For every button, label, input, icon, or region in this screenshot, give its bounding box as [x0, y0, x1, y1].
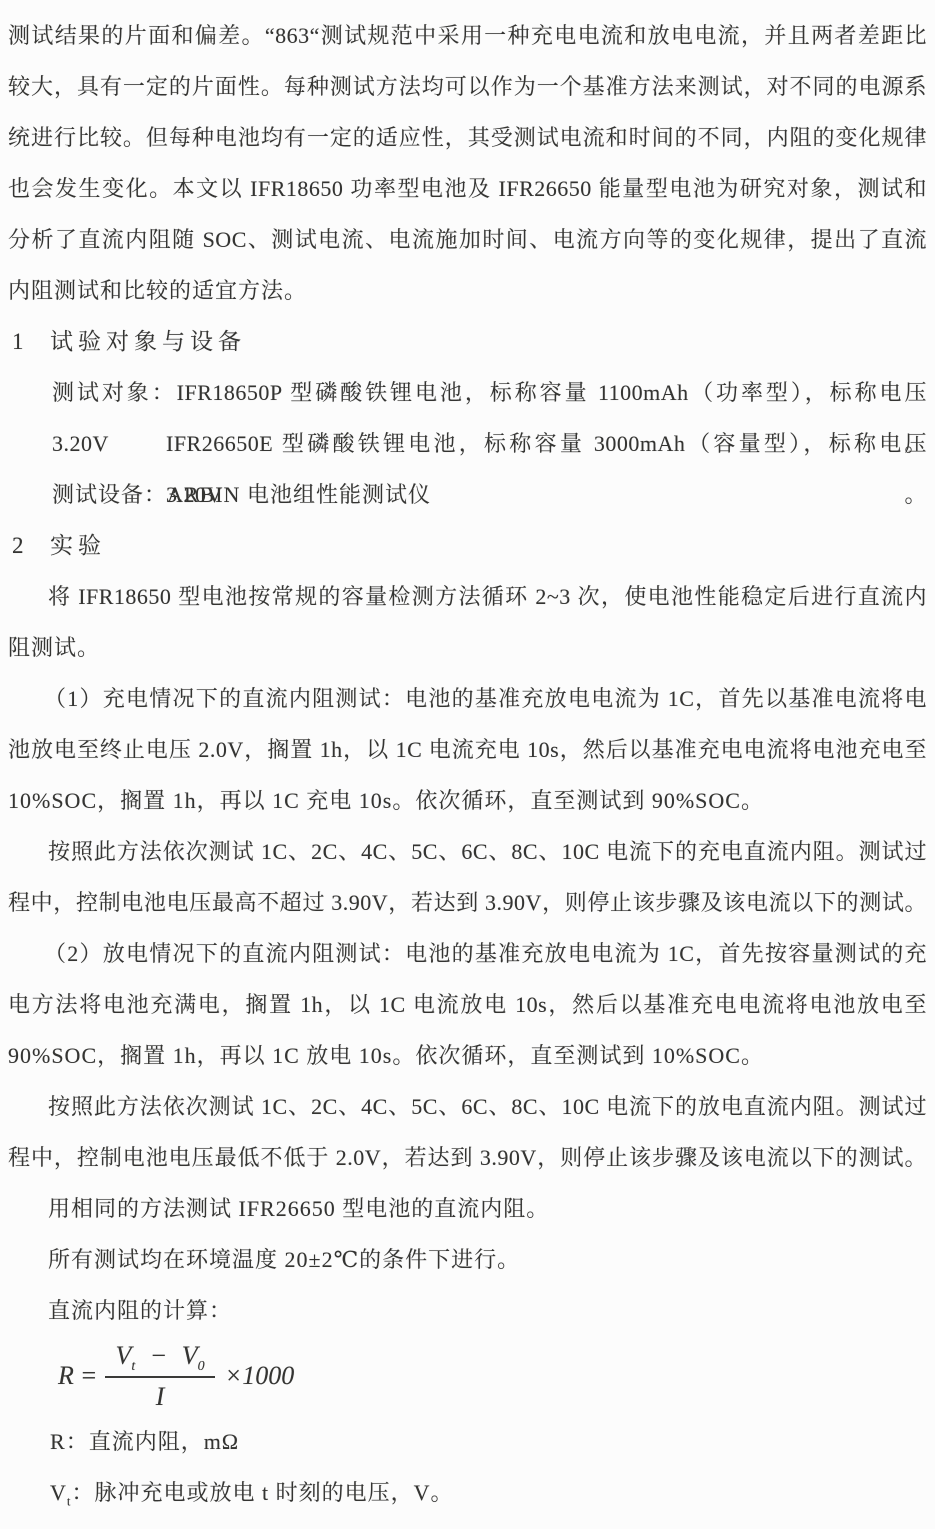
text-line: 测试结果的片面和偏差。“863“测试规范中采用一种充电电流和放电电流，并且两者差…	[8, 10, 927, 61]
formula-denominator: I	[156, 1378, 165, 1412]
document-body: 测试结果的片面和偏差。“863“测试规范中采用一种充电电流和放电电流，并且两者差…	[0, 0, 935, 1518]
legend-vt-text: ：脉冲充电或放电 t 时刻的电压，V。	[72, 1480, 454, 1505]
formula-numerator: Vt − V0	[105, 1341, 214, 1378]
section-title: 试验对象与设备	[50, 329, 246, 354]
text-line: 统进行比较。但每种电池均有一定的适应性，其受测试电流和时间的不同，内阻的变化规律	[8, 112, 927, 163]
formula-fraction: Vt − V0 I	[105, 1341, 214, 1412]
text-line: 90%SOC，搁置 1h，再以 1C 放电 10s。依次循环，直至测试到 10%…	[8, 1030, 927, 1081]
formula-multiplier: ×1000	[225, 1361, 295, 1391]
formula-lhs: R	[58, 1361, 74, 1391]
text-line: 程中，控制电池电压最高不超过 3.90V，若达到 3.90V，则停止该步骤及该电…	[8, 877, 927, 928]
legend-r-symbol: R	[50, 1429, 66, 1454]
text-line: 所有测试均在环境温度 20±2℃的条件下进行。	[8, 1234, 927, 1285]
formula-minus: −	[150, 1341, 168, 1370]
text-line: （2）放电情况下的直流内阻测试：电池的基准充放电电流为 1C，首先按容量测试的充	[8, 928, 927, 979]
text-line: 直流内阻的计算：	[8, 1285, 927, 1336]
scanned-document-page: { "page": { "bg_color": "#fcfcfc", "text…	[0, 0, 935, 1529]
text-line: 内阻测试和比较的适宜方法。	[8, 265, 927, 316]
text-line: 用相同的方法测试 IFR26650 型电池的直流内阻。	[8, 1183, 927, 1234]
text-line: 测试对象：IFR18650P 型磷酸铁锂电池，标称容量 1100mAh（功率型）…	[8, 367, 927, 418]
text-line: 按照此方法依次测试 1C、2C、4C、5C、6C、8C、10C 电流下的充电直流…	[8, 826, 927, 877]
text-line: 程中，控制电池电压最低不低于 2.0V，若达到 3.90V，则停止该步骤及该电流…	[8, 1132, 927, 1183]
formula-vt-var: V	[115, 1341, 131, 1370]
dc-resistance-formula: R = Vt − V0 I ×1000	[58, 1336, 927, 1416]
text-line: 较大，具有一定的片面性。每种测试方法均可以作为一个基准方法来测试，对不同的电源系	[8, 61, 927, 112]
section-title: 实验	[50, 533, 106, 558]
section-heading: 2实验	[8, 520, 927, 571]
legend-r-text: ：直流内阻，mΩ	[66, 1429, 239, 1454]
section-number: 2	[8, 520, 50, 571]
text-line: 池放电至终止电压 2.0V，搁置 1h，以 1C 电流充电 10s，然后以基准充…	[8, 724, 927, 775]
legend-vt-symbol: V	[50, 1480, 67, 1505]
text-line: 按照此方法依次测试 1C、2C、4C、5C、6C、8C、10C 电流下的放电直流…	[8, 1081, 927, 1132]
formula-equals: =	[80, 1361, 98, 1391]
text-line: 阻测试。	[8, 622, 927, 673]
text-line: 也会发生变化。本文以 IFR18650 功率型电池及 IFR26650 能量型电…	[8, 163, 927, 214]
formula-v0-sub: 0	[198, 1359, 205, 1374]
legend-r-line: R：直流内阻，mΩ	[8, 1416, 927, 1467]
text-line: 电方法将电池充满电，搁置 1h，以 1C 电流放电 10s，然后以基准充电电流将…	[8, 979, 927, 1030]
section-heading: 1试验对象与设备	[8, 316, 927, 367]
legend-vt-line: Vt：脉冲充电或放电 t 时刻的电压，V。	[8, 1467, 927, 1518]
text-line: （1）充电情况下的直流内阻测试：电池的基准充放电电流为 1C，首先以基准电流将电	[8, 673, 927, 724]
text-line: 分析了直流内阻随 SOC、测试电流、电流施加时间、电流方向等的变化规律，提出了直…	[8, 214, 927, 265]
section-number: 1	[8, 316, 50, 367]
formula-vt-sub: t	[131, 1359, 135, 1374]
text-line: 将 IFR18650 型电池按常规的容量检测方法循环 2~3 次，使电池性能稳定…	[8, 571, 927, 622]
formula-v0-var: V	[182, 1341, 198, 1370]
text-line: 10%SOC，搁置 1h，再以 1C 充电 10s。依次循环，直至测试到 90%…	[8, 775, 927, 826]
text-flow: 测试结果的片面和偏差。“863“测试规范中采用一种充电电流和放电电流，并且两者差…	[8, 10, 927, 1336]
